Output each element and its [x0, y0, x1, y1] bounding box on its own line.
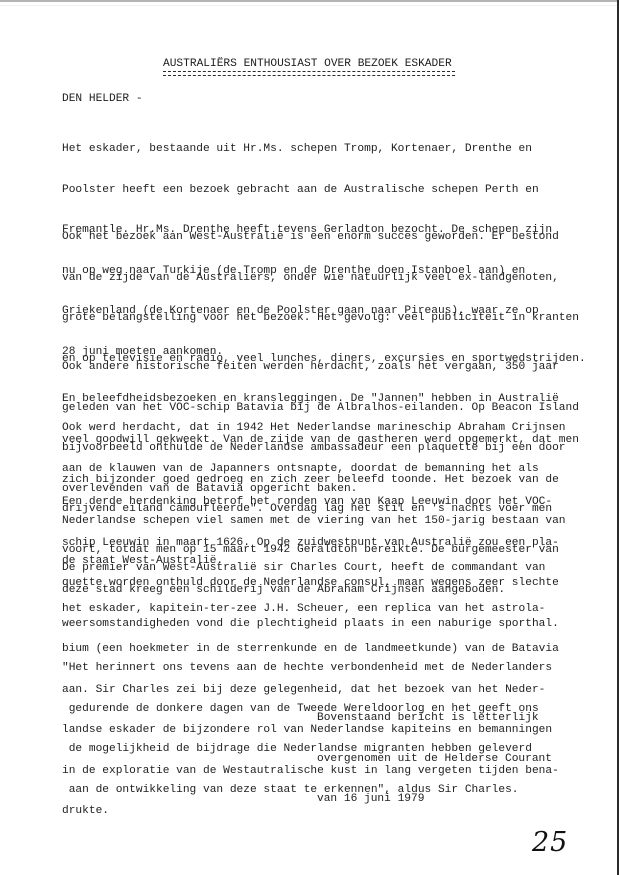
paragraph-line: De premier van West-Australië sir Charle… [62, 562, 559, 576]
paragraph-line: Ook werd herdacht, dat in 1942 Het Neder… [62, 422, 566, 436]
source-note: Bovenstaand bericht is letterlijk overge… [317, 685, 552, 834]
paragraph-line: Het eskader, bestaande uit Hr.Ms. schepe… [62, 143, 552, 157]
paragraph-line: van de zijde van de Australiërs, onder w… [62, 272, 586, 286]
paragraph-line: het eskader, kapitein-ter-zee J.H. Scheu… [62, 603, 559, 617]
source-note-line: Bovenstaand bericht is letterlijk [317, 712, 552, 726]
paragraph-line: Een derde herdenking betrof het ronden v… [62, 496, 559, 510]
paragraph-line: Poolster heeft een bezoek gebracht aan d… [62, 184, 552, 198]
title-underline [163, 71, 455, 76]
dateline: DEN HELDER - [62, 93, 143, 107]
paragraph-line: "Het herinnert ons tevens aan de hechte … [62, 662, 552, 676]
paragraph-line: Ook andere historische feiten werden her… [62, 361, 579, 375]
source-note-line: overgenomen uit de Helderse Courant [317, 753, 552, 767]
page-number: 25 [532, 828, 568, 858]
source-note-line: van 16 juni 1979 [317, 793, 552, 807]
paragraph-line: Ook het bezoek aan West-Australië is een… [62, 231, 586, 245]
document-page: AUSTRALIËRS ENTHOUSIAST OVER BEZOEK ESKA… [0, 0, 617, 875]
paragraph-line: grote belangstelling voor het bezoek. He… [62, 312, 586, 326]
document-title: AUSTRALIËRS ENTHOUSIAST OVER BEZOEK ESKA… [163, 58, 452, 71]
